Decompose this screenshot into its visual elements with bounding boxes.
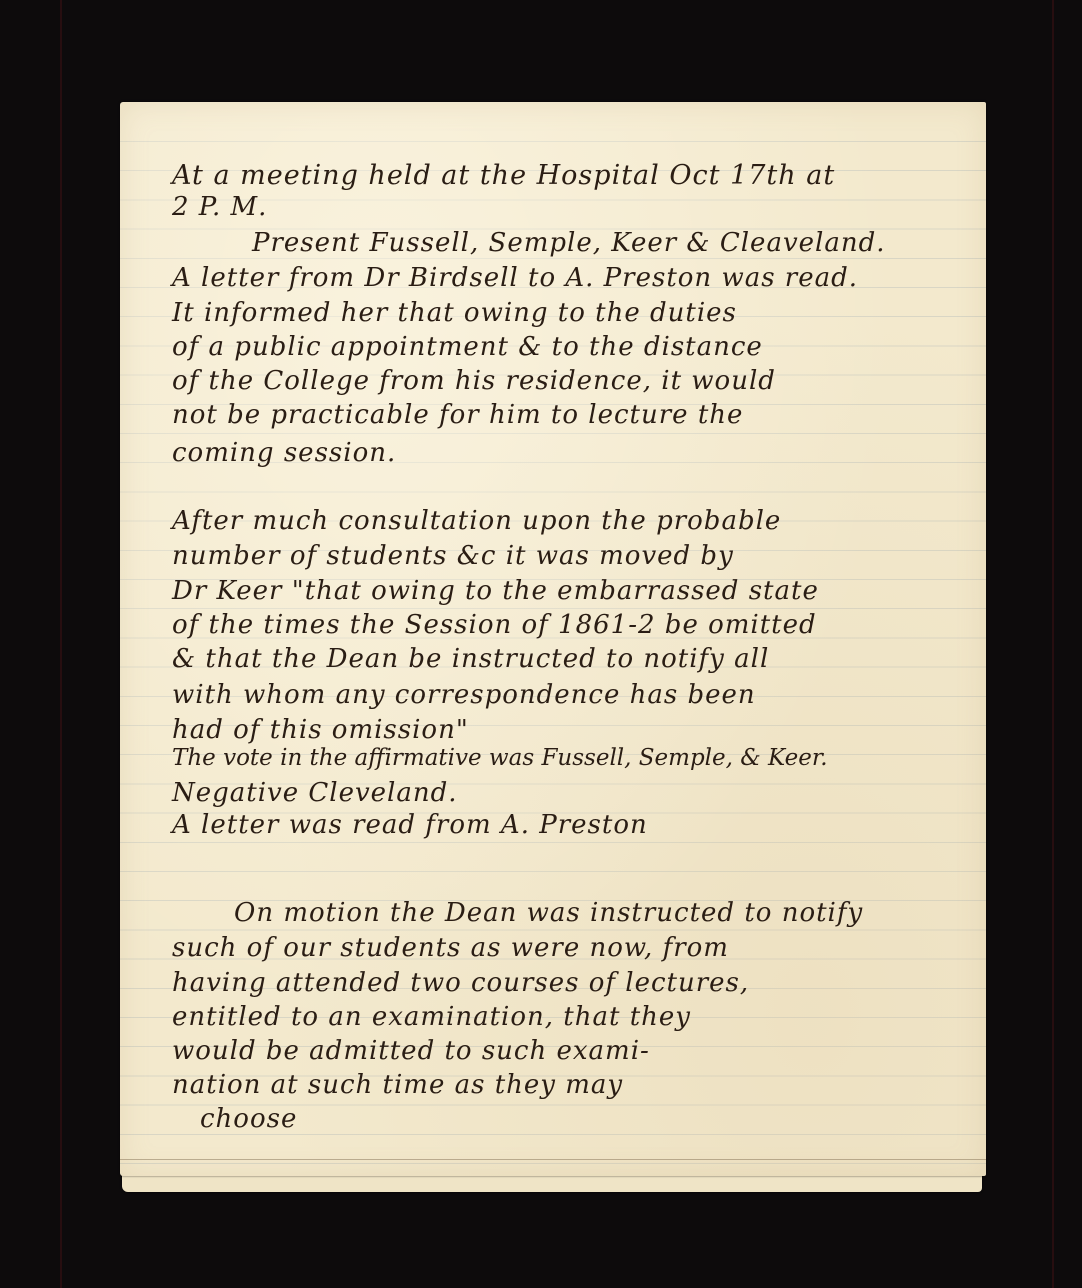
- text-line: coming session.: [172, 438, 396, 468]
- text-line: 2 P. M.: [172, 192, 267, 222]
- text-line: number of students &c it was moved by: [172, 541, 734, 571]
- backdrop-stripe: [60, 0, 62, 1288]
- text-line: of the times the Session of 1861-2 be om…: [172, 610, 817, 640]
- text-line: not be practicable for him to lecture th…: [172, 400, 743, 430]
- page-edge-line: [120, 1159, 986, 1160]
- text-line: with whom any correspondence has been: [172, 680, 756, 710]
- backdrop-stripe: [1052, 0, 1054, 1288]
- text-line: A letter was read from A. Preston: [172, 810, 648, 840]
- text-line: Present Fussell, Semple, Keer & Cleavela…: [252, 228, 885, 258]
- text-line: At a meeting held at the Hospital Oct 17…: [172, 160, 835, 191]
- text-line: Negative Cleveland.: [172, 778, 458, 808]
- text-line: such of our students as were now, from: [172, 933, 729, 963]
- text-line: choose: [200, 1104, 297, 1134]
- text-line: The vote in the affirmative was Fussell,…: [172, 745, 828, 771]
- text-line: having attended two courses of lectures,: [172, 968, 749, 998]
- text-line: After much consultation upon the probabl…: [172, 506, 781, 536]
- text-line: of the College from his residence, it wo…: [172, 366, 776, 396]
- text-line: had of this omission": [172, 715, 469, 745]
- text-line: & that the Dean be instructed to notify …: [172, 644, 769, 674]
- text-line: Dr Keer "that owing to the embarrassed s…: [172, 576, 819, 606]
- manuscript-page: At a meeting held at the Hospital Oct 17…: [120, 102, 986, 1176]
- text-line: nation at such time as they may: [172, 1070, 623, 1100]
- text-line: A letter from Dr Birdsell to A. Preston …: [172, 263, 858, 293]
- text-line: On motion the Dean was instructed to not…: [234, 898, 863, 928]
- text-line: entitled to an examination, that they: [172, 1002, 691, 1032]
- text-line: It informed her that owing to the duties: [172, 298, 737, 328]
- text-line: would be admitted to such exami-: [172, 1036, 650, 1066]
- text-line: of a public appointment & to the distanc…: [172, 332, 763, 362]
